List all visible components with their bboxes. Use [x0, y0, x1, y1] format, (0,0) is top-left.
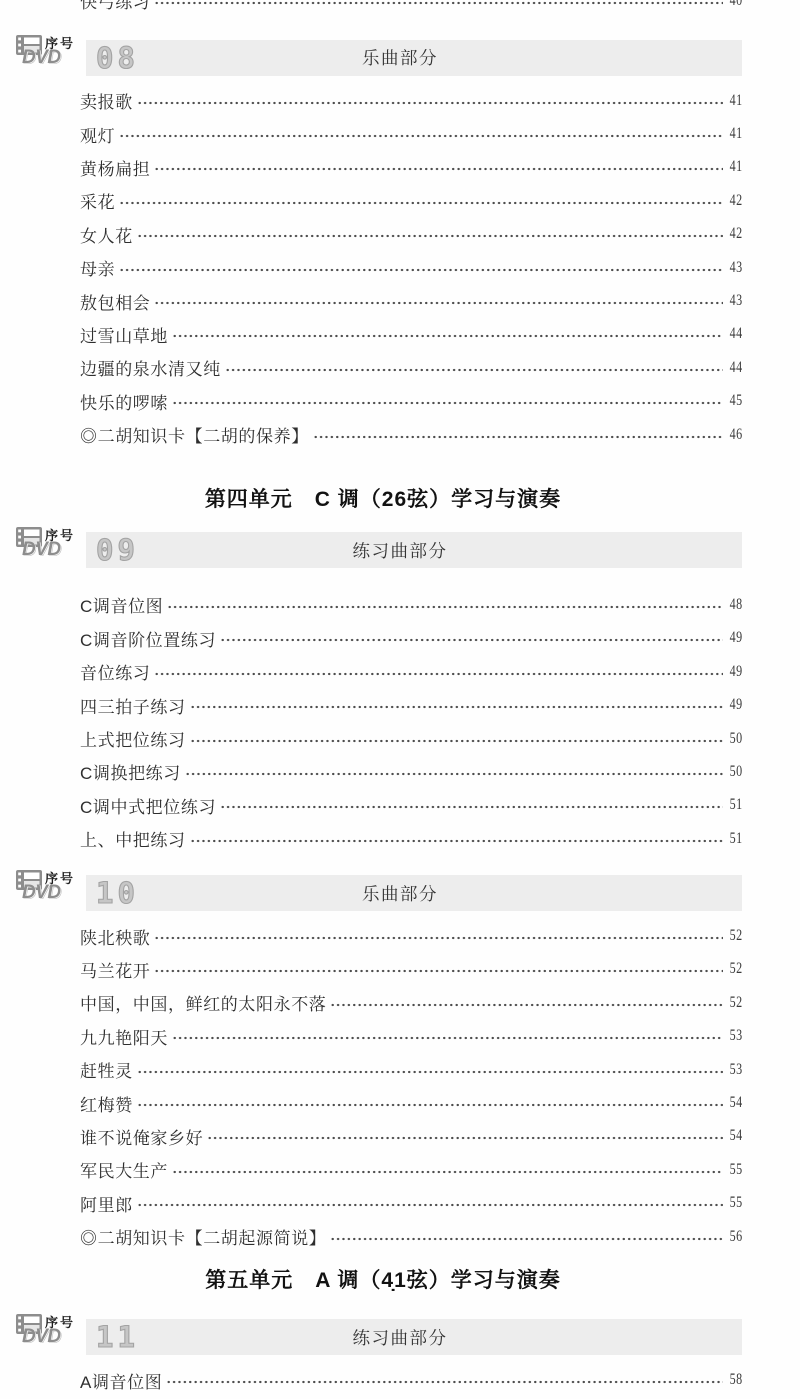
dvd-section-11: 序号 DVD 11 练习曲部分 A调音位图58 — [0, 1319, 800, 1396]
toc-item: 阿里郎55 — [80, 1187, 742, 1220]
toc-item-page: 41 — [729, 158, 742, 176]
toc-item: 黄杨扁担41 — [80, 151, 742, 184]
toc-item-title: A调音位图 — [80, 1368, 162, 1393]
section-bar: 10 乐曲部分 — [86, 875, 742, 911]
toc-item: 谁不说俺家乡好54 — [80, 1120, 742, 1153]
toc-item: 赶牲灵53 — [80, 1053, 742, 1086]
toc-item-title: 军民大生产 — [80, 1157, 168, 1182]
toc-item-title: C调音位图 — [80, 592, 163, 617]
section-bar-title: 乐曲部分 — [86, 45, 714, 70]
toc-item-title: ◎二胡知识卡【二胡起源简说】 — [80, 1224, 326, 1249]
dot-leader — [119, 251, 722, 284]
dvd-badge: 序号 DVD — [16, 870, 84, 904]
toc-item-page: 50 — [729, 730, 742, 748]
toc-item-title: C调音阶位置练习 — [80, 626, 216, 651]
toc-item-page: 49 — [729, 629, 742, 647]
dot-leader — [185, 755, 723, 788]
toc-item-page: 41 — [729, 92, 742, 110]
dot-leader — [190, 822, 723, 855]
toc-item: 红梅赞54 — [80, 1086, 742, 1119]
toc-item-title: 快弓练习 — [80, 0, 150, 13]
toc-item: 采花42 — [80, 184, 742, 217]
toc-item-page: 46 — [729, 426, 742, 444]
toc-item: ◎二胡知识卡【二胡的保养】46 — [80, 418, 742, 451]
toc-item-title: 九九艳阳天 — [80, 1024, 168, 1049]
toc-item-page: 53 — [729, 1027, 742, 1045]
dot-leader — [119, 117, 722, 150]
dot-leader — [154, 919, 722, 952]
toc-item: 音位练习49 — [80, 655, 742, 688]
unit-title-4: 第四单元 C 调（26弦）学习与演奏 — [0, 484, 800, 516]
toc-list: C调音位图48C调音阶位置练习49音位练习49四三拍子练习49上式把位练习50C… — [80, 588, 742, 855]
toc-item: 陕北秧歌52 — [80, 919, 742, 952]
toc-item-partial: 快弓练习 40 — [80, 0, 742, 17]
toc-item-page: 52 — [729, 994, 742, 1012]
dot-leader — [137, 1187, 723, 1220]
toc-item-page: 53 — [729, 1061, 742, 1079]
toc-item-page: 49 — [729, 663, 742, 681]
toc-item-page: 42 — [729, 225, 742, 243]
dot-leader — [172, 1153, 723, 1186]
dot-leader — [154, 284, 722, 317]
toc-item-page: 51 — [729, 830, 742, 848]
toc-item-title: ◎二胡知识卡【二胡的保养】 — [80, 422, 309, 447]
dvd-badge: 序号 DVD — [16, 1314, 84, 1348]
toc-item-page: 49 — [729, 696, 742, 714]
toc-item-page: 52 — [729, 927, 742, 945]
dot-leader — [119, 184, 722, 217]
dot-leader — [172, 318, 723, 351]
toc-item-page: 40 — [729, 0, 742, 10]
toc-item-title: C调中式把位练习 — [80, 793, 216, 818]
dot-leader — [172, 385, 723, 418]
toc-list: 陕北秧歌52马兰花开52中国，中国，鲜红的太阳永不落52九九艳阳天53赶牲灵53… — [80, 919, 742, 1253]
dvd-badge: 序号 DVD — [16, 35, 84, 69]
toc-item-page: 54 — [729, 1094, 742, 1112]
dvd-badge: 序号 DVD — [16, 527, 84, 561]
toc-item: C调中式把位练习51 — [80, 789, 742, 822]
toc-item-page: 50 — [729, 763, 742, 781]
dvd-section-09: 序号 DVD 09 练习曲部分 C调音位图48C调音阶位置练习49音位练习49四… — [0, 532, 800, 855]
toc-item-page: 44 — [729, 359, 742, 377]
section-bar-title: 练习曲部分 — [86, 538, 714, 563]
toc-item-page: 43 — [729, 259, 742, 277]
dot-leader — [154, 953, 722, 986]
dot-leader — [313, 418, 723, 451]
toc-item-page: 54 — [729, 1127, 742, 1145]
toc-item-page: 52 — [729, 960, 742, 978]
toc-item-title: 赶牲灵 — [80, 1057, 133, 1082]
toc-item-title: 快乐的啰嗦 — [80, 389, 168, 414]
dvd-section-10: 序号 DVD 10 乐曲部分 陕北秧歌52马兰花开52中国，中国，鲜红的太阳永不… — [0, 875, 800, 1253]
toc-item-title: 卖报歌 — [80, 88, 133, 113]
toc-item: 观灯41 — [80, 117, 742, 150]
dot-leader — [330, 1220, 722, 1253]
toc-item-title: 上式把位练习 — [80, 726, 186, 751]
dot-leader — [137, 1086, 723, 1119]
toc-item-title: 女人花 — [80, 222, 133, 247]
toc-item: 边疆的泉水清又纯44 — [80, 351, 742, 384]
dvd-section-08: 序号 DVD 08 乐曲部分 卖报歌41观灯41黄杨扁担41采花42女人花42母… — [0, 40, 800, 451]
section-bar-title: 练习曲部分 — [86, 1325, 714, 1350]
dot-leader — [220, 789, 722, 822]
toc-item-page: 58 — [729, 1371, 742, 1389]
toc-item-title: 音位练习 — [80, 659, 150, 684]
dot-leader — [166, 1363, 722, 1396]
toc-item: 中国，中国，鲜红的太阳永不落52 — [80, 986, 742, 1019]
toc-item: 敖包相会43 — [80, 284, 742, 317]
toc-item: 母亲43 — [80, 251, 742, 284]
toc-item: 马兰花开52 — [80, 953, 742, 986]
dot-leader — [330, 986, 722, 1019]
toc-item: 军民大生产55 — [80, 1153, 742, 1186]
section-header: 序号 DVD 11 练习曲部分 — [86, 1319, 742, 1355]
section-header: 序号 DVD 09 练习曲部分 — [86, 532, 742, 568]
toc-item-title: 马兰花开 — [80, 957, 150, 982]
toc-item: C调换把练习50 — [80, 755, 742, 788]
toc-item-page: 51 — [729, 796, 742, 814]
toc-item: 上式把位练习50 — [80, 722, 742, 755]
unit-title-5: 第五单元 A 调（4̣1弦）学习与演奏 — [0, 1265, 800, 1297]
toc-list: A调音位图58 — [80, 1363, 742, 1396]
toc-item-title: 中国，中国，鲜红的太阳永不落 — [80, 990, 326, 1015]
toc-item-title: 边疆的泉水清又纯 — [80, 355, 221, 380]
toc-item-page: 55 — [729, 1194, 742, 1212]
toc-item-page: 56 — [729, 1228, 742, 1246]
dot-leader — [137, 1053, 723, 1086]
toc-item-title: 谁不说俺家乡好 — [80, 1124, 203, 1149]
toc-item-page: 43 — [729, 292, 742, 310]
toc-item-title: 母亲 — [80, 255, 115, 280]
toc-item-title: C调换把练习 — [80, 759, 181, 784]
section-header: 序号 DVD 08 乐曲部分 — [86, 40, 742, 76]
toc-item-title: 阿里郎 — [80, 1191, 133, 1216]
toc-item: A调音位图58 — [80, 1363, 742, 1396]
toc-item: 四三拍子练习49 — [80, 688, 742, 721]
dot-leader — [220, 622, 722, 655]
dot-leader — [137, 84, 723, 117]
toc-item: C调音位图48 — [80, 588, 742, 621]
toc-list: 卖报歌41观灯41黄杨扁担41采花42女人花42母亲43敖包相会43过雪山草地4… — [80, 84, 742, 451]
toc-item-page: 48 — [729, 596, 742, 614]
section-bar: 09 练习曲部分 — [86, 532, 742, 568]
toc-item-title: 红梅赞 — [80, 1091, 133, 1116]
toc-item-title: 过雪山草地 — [80, 322, 168, 347]
dot-leader — [154, 151, 722, 184]
toc-item-title: 上、中把练习 — [80, 826, 186, 851]
toc-item-title: 采花 — [80, 188, 115, 213]
dot-leader — [154, 655, 722, 688]
dot-leader — [190, 722, 723, 755]
toc-item-page: 41 — [729, 125, 742, 143]
toc-item: 女人花42 — [80, 218, 742, 251]
section-bar-title: 乐曲部分 — [86, 881, 714, 906]
toc-item-page: 44 — [729, 325, 742, 343]
toc-item-title: 陕北秧歌 — [80, 924, 150, 949]
toc-item-title: 黄杨扁担 — [80, 155, 150, 180]
toc-item-title: 四三拍子练习 — [80, 693, 186, 718]
toc-item: ◎二胡知识卡【二胡起源简说】56 — [80, 1220, 742, 1253]
toc-item: 快乐的啰嗦45 — [80, 385, 742, 418]
toc-item-title: 敖包相会 — [80, 289, 150, 314]
dot-leader — [137, 218, 723, 251]
toc-item: 卖报歌41 — [80, 84, 742, 117]
section-bar: 08 乐曲部分 — [86, 40, 742, 76]
toc-item-page: 45 — [729, 392, 742, 410]
toc-page: 快弓练习 40 序号 DVD — [0, 0, 800, 1399]
toc-item-title: 观灯 — [80, 122, 115, 147]
dot-leader — [225, 351, 723, 384]
section-bar: 11 练习曲部分 — [86, 1319, 742, 1355]
toc-item: 过雪山草地44 — [80, 318, 742, 351]
toc-item-page: 42 — [729, 192, 742, 210]
toc-item: 九九艳阳天53 — [80, 1020, 742, 1053]
dot-leader — [207, 1120, 722, 1153]
toc-item-page: 55 — [729, 1161, 742, 1179]
section-header: 序号 DVD 10 乐曲部分 — [86, 875, 742, 911]
dot-leader — [190, 688, 723, 721]
dot-leader — [154, 0, 722, 17]
toc-item: 上、中把练习51 — [80, 822, 742, 855]
dot-leader — [167, 588, 722, 621]
toc-item: C调音阶位置练习49 — [80, 622, 742, 655]
dot-leader — [172, 1020, 723, 1053]
